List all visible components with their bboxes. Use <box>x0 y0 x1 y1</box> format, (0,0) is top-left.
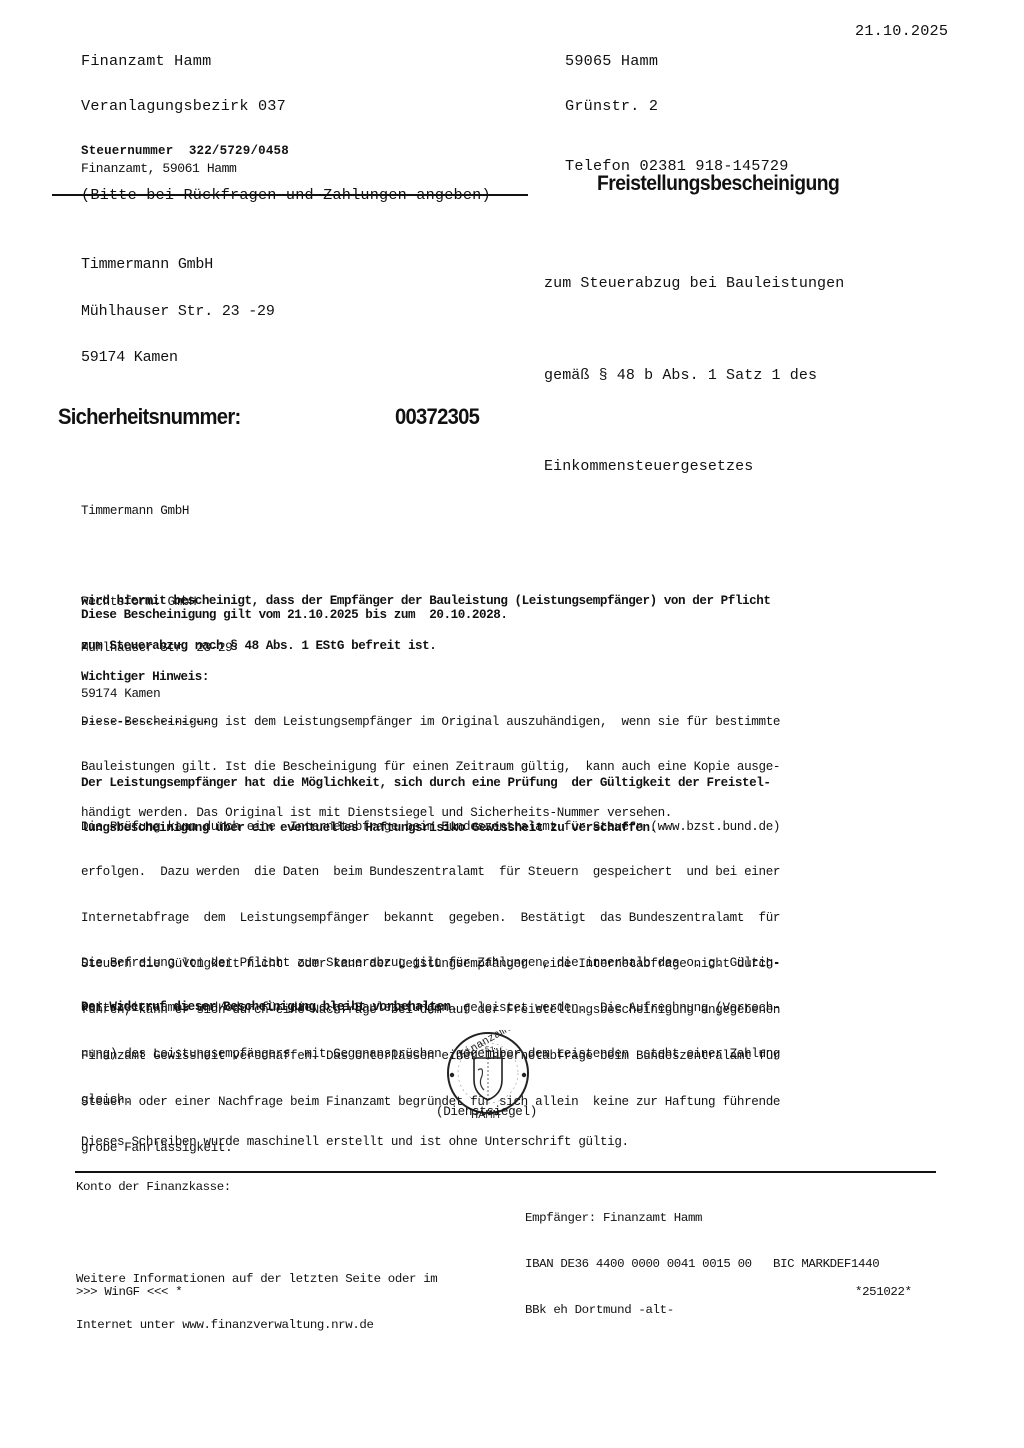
recipient-name: Timmermann GmbH <box>81 257 275 273</box>
office-address-block: 59065 Hamm Grünstr. 2 Telefon 02381 918-… <box>565 24 789 189</box>
company-name: Timmermann GmbH <box>81 504 232 519</box>
subtitle-line-1: zum Steuerabzug bei Bauleistungen <box>544 269 844 300</box>
sender-return-line: Finanzamt, 59061 Hamm <box>81 161 236 176</box>
paragraph-line: nung) des Leistungsempfängers mit Gegena… <box>81 1047 780 1062</box>
security-number-value: 00372305 <box>395 404 479 430</box>
address-window-rule <box>52 194 528 196</box>
paragraph-line: Die Prüfung kann durch eine Internetabfr… <box>81 820 780 835</box>
seal-caption: (Dienstsiegel) <box>436 1105 537 1120</box>
bank-details: Empfänger: Finanzamt Hamm IBAN DE36 4400… <box>525 1180 879 1334</box>
tax-number-label: Steuernummer <box>81 144 173 158</box>
seal-number: -51- <box>480 1046 499 1055</box>
notice-heading-text: Wichtiger Hinweis: <box>81 670 209 685</box>
certification-line: wird hiermit bescheinigt, dass der Empfä… <box>81 594 770 609</box>
tax-office-block: Finanzamt Hamm Veranlagungsbezirk 037 St… <box>81 24 491 218</box>
recipient-city: 59174 Kamen <box>81 350 275 366</box>
subtitle-line-3: Einkommensteuergesetzes <box>544 452 844 483</box>
office-postal-city: 59065 Hamm <box>565 54 789 69</box>
document-code: *251022* <box>855 1285 912 1299</box>
footer-rule <box>75 1171 936 1173</box>
notice-paragraph-4: Die Befreiung von der Pflicht zum Steuer… <box>81 925 780 1124</box>
assessment-district: Veranlagungsbezirk 037 <box>81 99 491 114</box>
paragraph-line: Diese Bescheinigung ist dem Leistungsemp… <box>81 715 780 730</box>
recipient-street: Mühlhauser Str. 23 -29 <box>81 304 275 320</box>
paragraph-line: Die Befreiung von der Pflicht zum Steuer… <box>81 956 780 971</box>
account-label: Konto der Finanzkasse: <box>76 1180 231 1194</box>
document-subtitle: zum Steuerabzug bei Bauleistungen gemäß … <box>544 208 844 513</box>
paragraph-line: erfolgen. Dazu werden die Daten beim Bun… <box>81 865 780 880</box>
tax-number-value: 322/5729/0458 <box>189 144 289 158</box>
revocation-notice: Der Widerruf dieser Bescheinigung bleibt… <box>81 1000 458 1015</box>
system-mark: >>> WinGF <<< * <box>76 1285 182 1299</box>
tax-number-row: Steuernummer 322/5729/0458 <box>81 144 491 158</box>
paragraph-line: gleich. <box>81 1093 780 1108</box>
further-info-line-2: Internet unter www.finanzverwaltung.nrw.… <box>76 1318 437 1333</box>
validity-period: Diese Bescheinigung gilt vom 21.10.2025 … <box>81 608 507 623</box>
document-title: Freistellungsbescheinigung <box>597 172 839 196</box>
bank-iban-bic: IBAN DE36 4400 0000 0041 0015 00 BIC MAR… <box>525 1257 879 1272</box>
letter-date: 21.10.2025 <box>855 24 948 39</box>
machine-generated-note: Dieses Schreiben wurde maschinell erstel… <box>81 1135 629 1150</box>
tax-office-name: Finanzamt Hamm <box>81 54 491 69</box>
office-street: Grünstr. 2 <box>565 99 789 114</box>
security-number-label: Sicherheitsnummer: <box>58 404 240 430</box>
subtitle-line-2: gemäß § 48 b Abs. 1 Satz 1 des <box>544 361 844 392</box>
bank-recipient: Empfänger: Finanzamt Hamm <box>525 1211 879 1226</box>
recipient-address: Timmermann GmbH Mühlhauser Str. 23 -29 5… <box>81 226 275 381</box>
bank-name: BBk eh Dortmund -alt- <box>525 1303 879 1318</box>
